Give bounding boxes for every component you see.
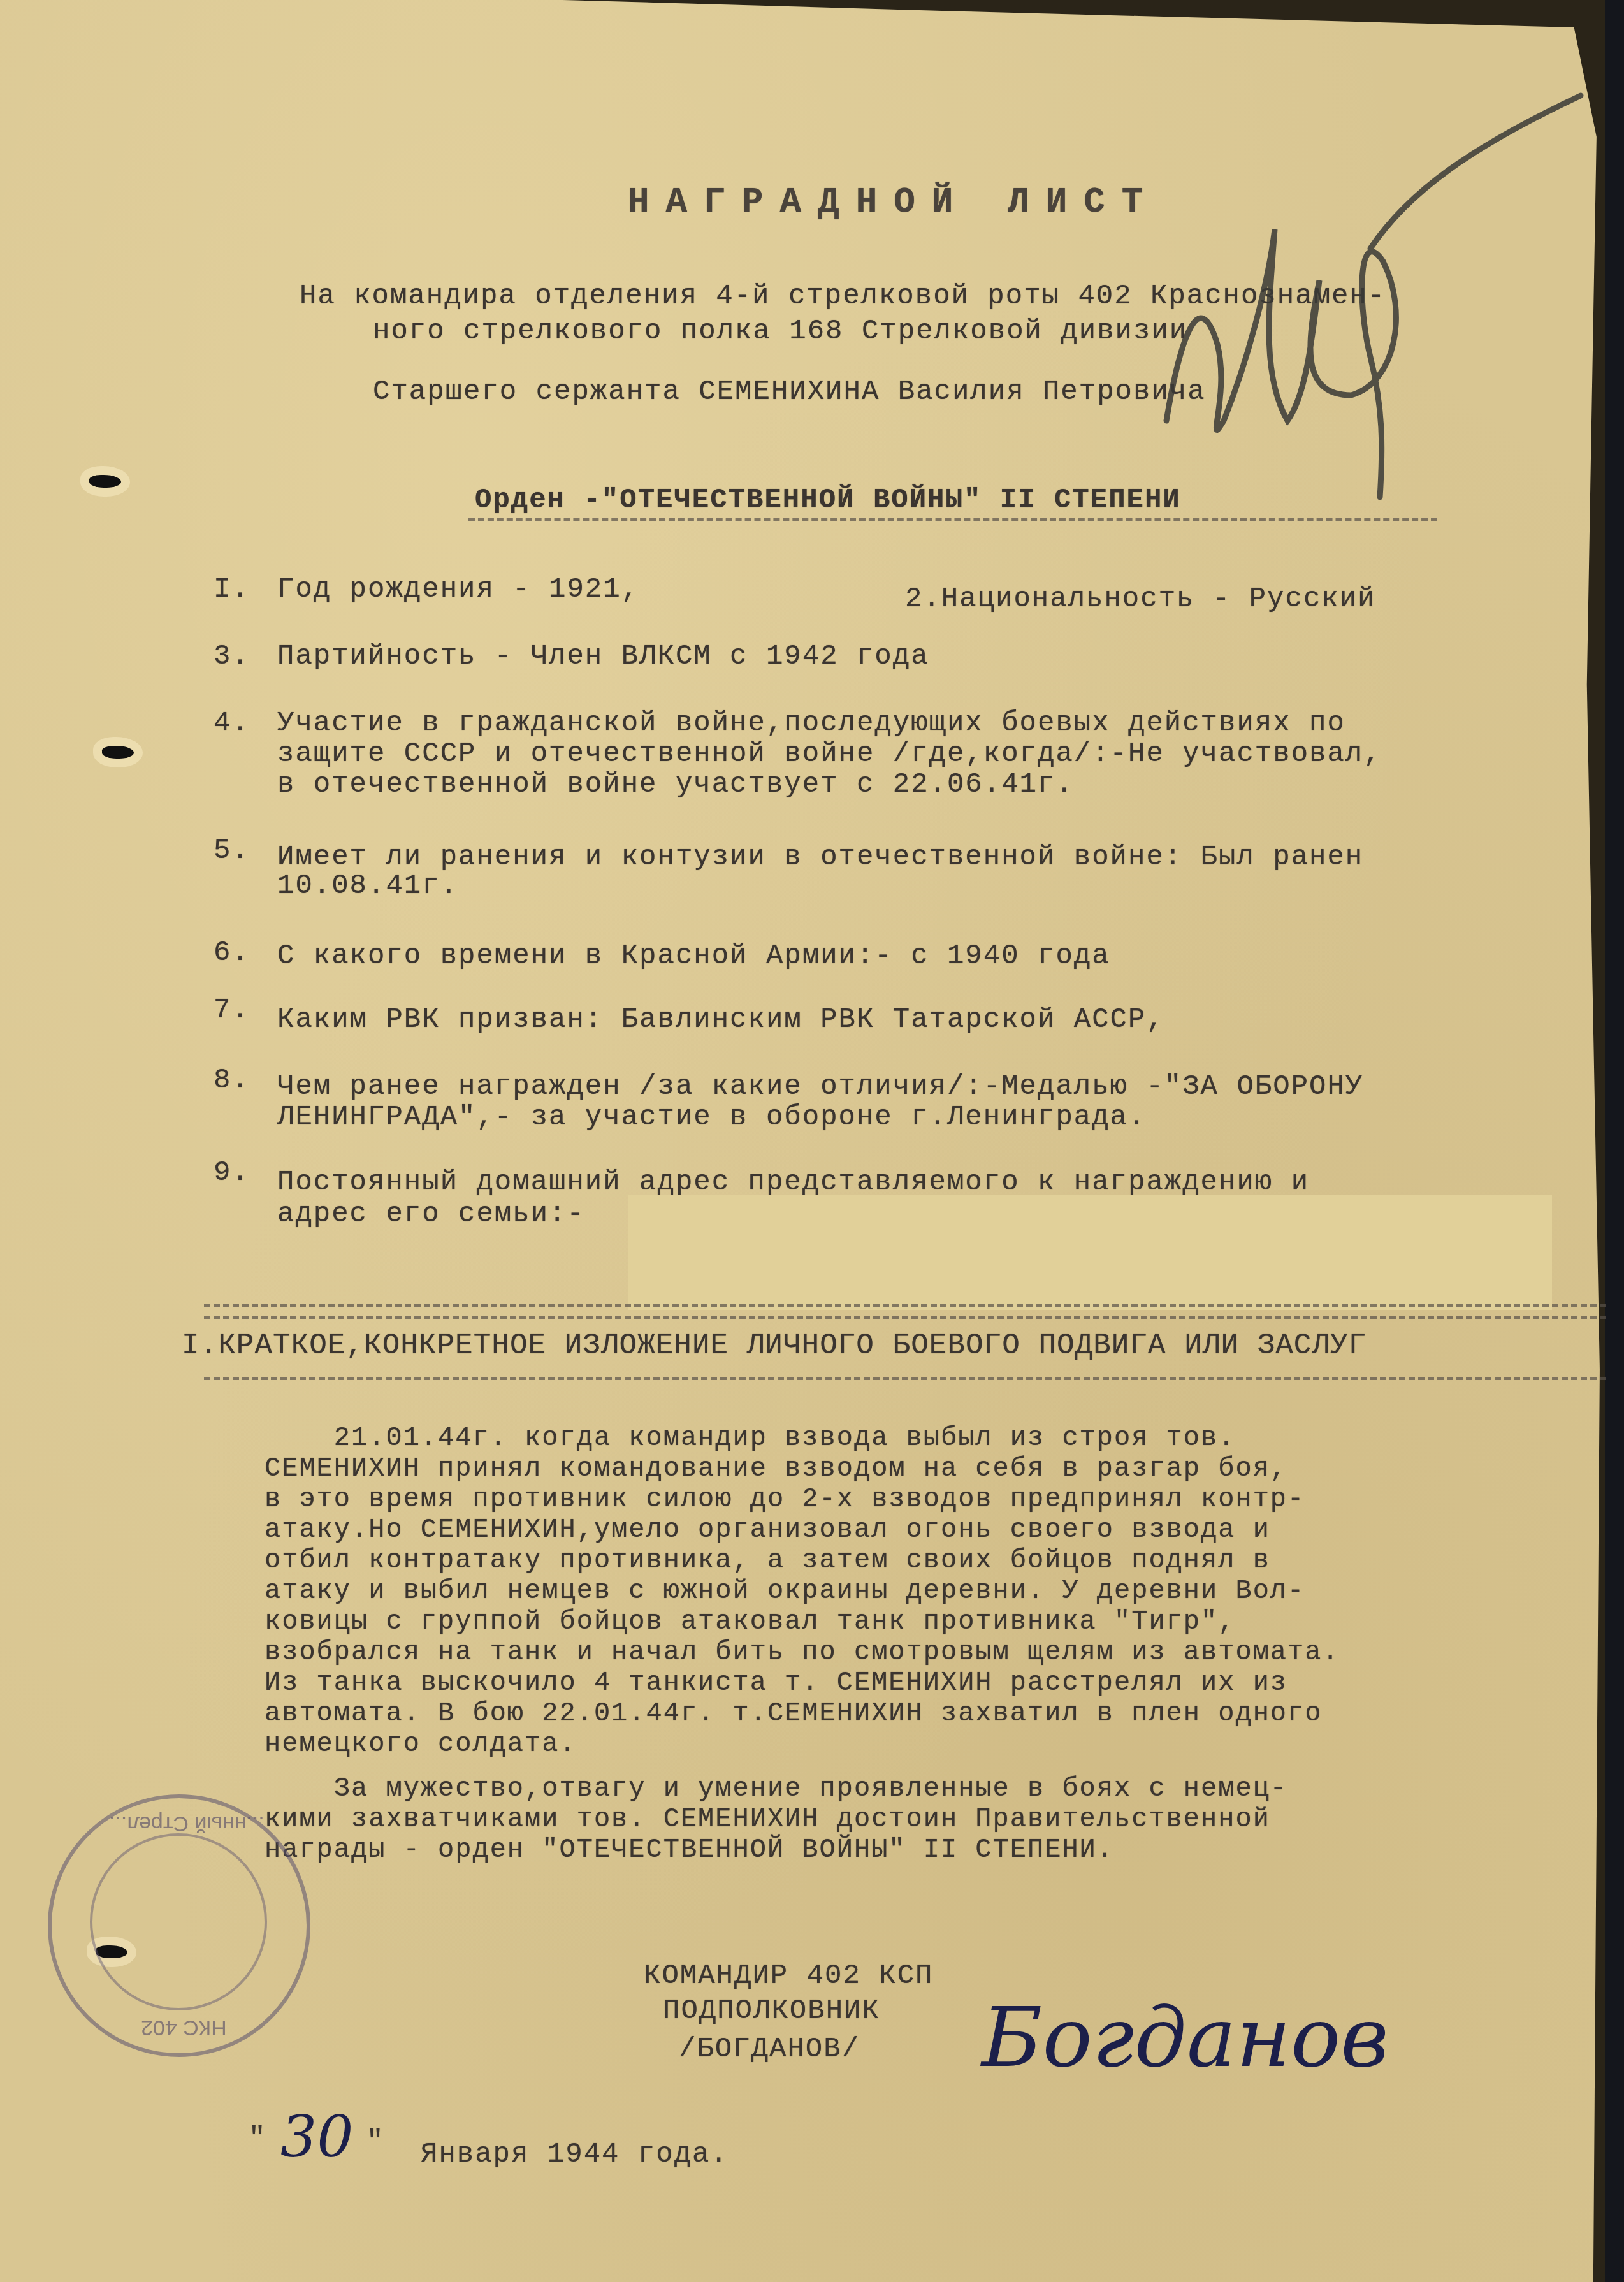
unit-stamp: ...нный Стрел... НКС 402 <box>48 1794 310 2057</box>
item-6-number: 6. <box>214 937 250 969</box>
story-line: взобрался на танк и начал бить по смотро… <box>265 1639 1340 1666</box>
section-rule-top-1 <box>204 1304 1606 1307</box>
recipient-line-2: ного стрелкового полка 168 Стрелковой ди… <box>373 316 1187 347</box>
item-8-line-1: Чем ранее награжден /за какие отличия/:-… <box>277 1071 1363 1103</box>
section-rule-bottom <box>204 1377 1606 1380</box>
item-2-text: 2.Национальность - Русский <box>905 583 1376 615</box>
item-9-line-2: адрес его семьи:- <box>277 1198 585 1230</box>
item-6-text: С какого времени в Красной Армии:- с 194… <box>277 940 1110 972</box>
story-line: Из танка выскочило 4 танкиста т. СЕМЕНИХ… <box>265 1669 1287 1696</box>
item-3-text: Партийность - Член ВЛКСМ с 1942 года <box>277 641 929 672</box>
story-line: атаку.Но СЕМЕНИХИН,умело организовал ого… <box>265 1516 1270 1543</box>
address-redaction <box>628 1195 1552 1310</box>
section-rule-top-2 <box>204 1316 1606 1319</box>
signer-position: КОМАНДИР 402 КСП <box>644 1960 933 1992</box>
punch-hole <box>102 746 134 759</box>
item-5-number: 5. <box>214 835 250 867</box>
story-line: атаку и выбил немцев с южной окраины дер… <box>265 1578 1305 1604</box>
item-9-number: 9. <box>214 1157 250 1189</box>
award-underline <box>468 518 1437 521</box>
item-5-line-2: 10.08.41г. <box>277 870 458 902</box>
item-4-number: 4. <box>214 708 250 739</box>
commander-signature: Богданов <box>982 1989 1389 2086</box>
story-line: 21.01.44г. когда командир взвода выбыл и… <box>265 1425 1235 1451</box>
item-1-number: I. <box>214 574 250 606</box>
story-line: награды - орден "ОТЕЧЕСТВЕННОЙ ВОЙНЫ" II… <box>265 1836 1114 1863</box>
scan-edge <box>1605 0 1624 2282</box>
recipient-name: Старшего сержанта СЕМЕНИХИНА Василия Пет… <box>373 376 1206 408</box>
item-1-text: Год рождения - 1921, <box>277 574 639 606</box>
stamp-top-text: ...нный Стрел... <box>109 1811 265 1836</box>
item-9-line-1: Постоянный домашний адрес представляемог… <box>277 1166 1309 1198</box>
item-4-line-2: защите СССР и отечественной войне /где,к… <box>277 738 1382 770</box>
stamp-bottom-text: НКС 402 <box>141 2015 227 2040</box>
story-line: отбил контратаку противника, а затем сво… <box>265 1547 1270 1574</box>
item-4-line-1: Участие в гражданской войне,последующих … <box>277 708 1345 739</box>
story-line: немецкого солдата. <box>265 1731 577 1757</box>
pencil-annotation-icon <box>1141 89 1587 504</box>
story-line: СЕМЕНИХИН принял командование взводом на… <box>265 1455 1287 1482</box>
story-line: кими захватчиками тов. СЕМЕНИХИН достоин… <box>265 1806 1270 1833</box>
item-7-number: 7. <box>214 994 250 1026</box>
item-4-line-3: в отечественной войне участвует с 22.06.… <box>277 769 1074 801</box>
date-quote-open: " <box>249 2123 266 2155</box>
item-7-text: Каким РВК призван: Бавлинским РВК Татарс… <box>277 1004 1164 1036</box>
section-heading: I.КРАТКОЕ,КОНКРЕТНОЕ ИЗЛОЖЕНИЕ ЛИЧНОГО Б… <box>182 1329 1367 1362</box>
stamp-inner-ring <box>90 1833 267 2010</box>
story-line: автомата. В бою 22.01.44г. т.СЕМЕНИХИН з… <box>265 1700 1322 1727</box>
award-name: Орден -"ОТЕЧЕСТВЕННОЙ ВОЙНЫ" II СТЕПЕНИ <box>475 484 1181 516</box>
item-3-number: 3. <box>214 641 250 672</box>
signer-rank: ПОДПОЛКОВНИК <box>663 1995 880 2027</box>
punch-hole <box>89 475 121 488</box>
date-day-handwritten: 30 <box>280 2104 354 2170</box>
document-title: НАГРАДНОЙ ЛИСТ <box>628 182 1159 222</box>
date-rest: Января 1944 года. <box>421 2139 729 2170</box>
story-line: За мужество,отвагу и умение проявленные … <box>265 1775 1287 1802</box>
item-8-line-2: ЛЕНИНГРАДА",- за участие в обороне г.Лен… <box>277 1101 1146 1133</box>
signer-name: /БОГДАНОВ/ <box>679 2033 860 2065</box>
story-line: ковицы с группой бойцов атаковал танк пр… <box>265 1608 1235 1635</box>
item-5-line-1: Имеет ли ранения и контузии в отечествен… <box>277 841 1363 873</box>
date-quote-close: " <box>366 2126 384 2158</box>
story-line: в это время противник силою до 2-х взвод… <box>265 1486 1305 1513</box>
item-8-number: 8. <box>214 1065 250 1096</box>
